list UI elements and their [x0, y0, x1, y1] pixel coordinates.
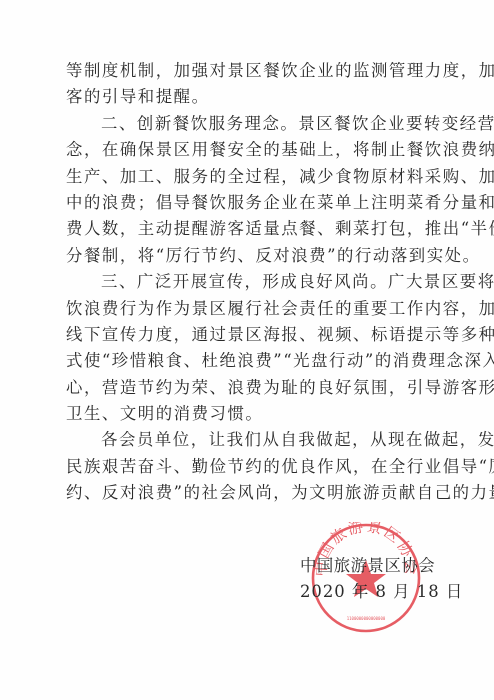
document-page: 等制度机制，加强对景区餐饮企业的监测管理力度，加强对游 客的引导和提醒。 二、创…: [0, 0, 494, 700]
text-line: 中的浪费；倡导餐饮服务企业在菜单上注明菜肴分量和建议消: [66, 190, 422, 216]
text-line: 等制度机制，加强对景区餐饮企业的监测管理力度，加强对游: [66, 58, 422, 84]
text-line: 民族艰苦奋斗、勤俭节约的优良作风，在全行业倡导“厉行节: [66, 454, 422, 480]
text-line: 心，营造节约为荣、浪费为耻的良好氛围，引导游客形成节约、: [66, 375, 422, 401]
text-line: 念，在确保景区用餐安全的基础上，将制止餐饮浪费纳入餐饮: [66, 137, 422, 163]
text-line: 生产、加工、服务的全过程，减少食物原材料采购、加工过程: [66, 164, 422, 190]
document-body: 等制度机制，加强对景区餐饮企业的监测管理力度，加强对游 客的引导和提醒。 二、创…: [66, 58, 422, 507]
text-line: 二、创新餐饮服务理念。景区餐饮企业要转变经营服务理: [66, 111, 422, 137]
signature-organization: 中国旅游景区协会: [300, 553, 460, 579]
signature-block: 中国旅游景区协会 2020 年 8 月 18 日: [300, 553, 460, 605]
text-line: 费人数，主动提醒游客适量点餐、剩菜打包，推出“半份菜”、: [66, 216, 422, 242]
text-line: 式使“珍惜粮食、杜绝浪费”“光盘行动”的消费理念深入人: [66, 348, 422, 374]
text-line: 客的引导和提醒。: [66, 84, 422, 110]
text-line: 各会员单位，让我们从自我做起，从现在做起，发扬中华: [66, 427, 422, 453]
text-line: 卫生、文明的消费习惯。: [66, 401, 422, 427]
text-line: 分餐制，将“厉行节约、反对浪费”的行动落到实处。: [66, 243, 422, 269]
text-line: 线下宣传力度，通过景区海报、视频、标语提示等多种宣传形: [66, 322, 422, 348]
text-line: 饮浪费行为作为景区履行社会责任的重要工作内容，加大线上: [66, 296, 422, 322]
text-line: 三、广泛开展宣传，形成良好风尚。广大景区要将制止餐: [66, 269, 422, 295]
signature-date: 2020 年 8 月 18 日: [300, 579, 460, 605]
text-line: 约、反对浪费”的社会风尚，为文明旅游贡献自己的力量！: [66, 480, 422, 506]
seal-code-text: 1100000000000000: [347, 616, 386, 621]
